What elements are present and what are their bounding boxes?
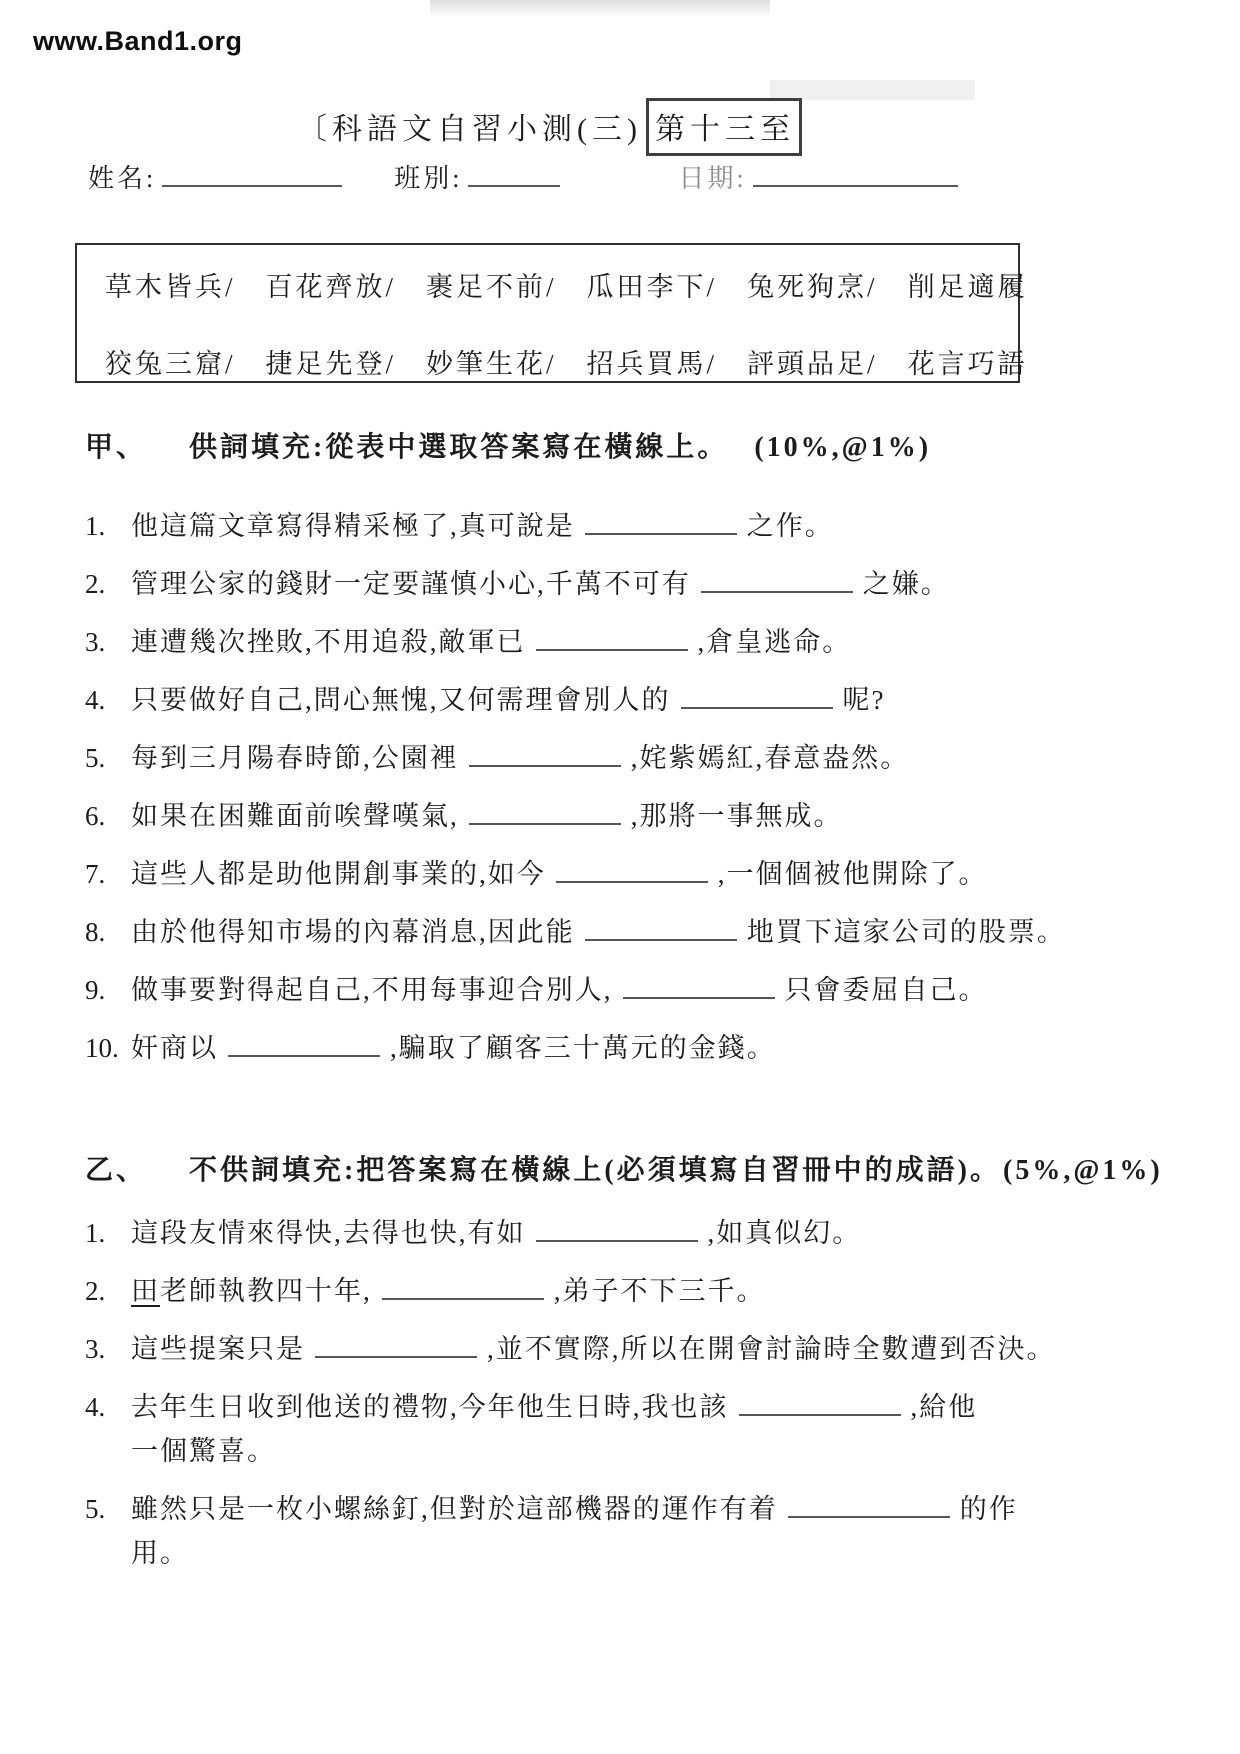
answer-blank <box>788 1495 950 1518</box>
idiom: 捷足先登/ <box>266 342 397 381</box>
section-b-marks: (5%,@1%) <box>1003 1155 1163 1186</box>
question-number: 2. <box>85 1274 131 1308</box>
section-b-heading: 乙、不供詞填充:把答案寫在橫線上(必須填寫自習冊中的成語)。(5%,@1%) <box>85 1148 1185 1188</box>
idiom: 削足適履 <box>908 265 1028 304</box>
answer-blank <box>681 686 833 709</box>
question-text: ,弟子不下三千。 <box>554 1276 766 1306</box>
question-text: ,如真似幻。 <box>708 1218 862 1248</box>
question-text: 這段友情來得快,去得也快,有如 <box>131 1218 526 1248</box>
answer-blank <box>623 976 775 999</box>
question-number: 8. <box>85 915 131 949</box>
question-number: 9. <box>85 973 131 1007</box>
question-text-line2: 一個驚喜。 <box>85 1434 1185 1468</box>
question-text-line2: 用。 <box>85 1536 1185 1570</box>
answer-blank <box>315 1335 477 1358</box>
question-text: ,那將一事無成。 <box>631 801 843 831</box>
question-number: 4. <box>85 683 131 717</box>
question-b5: 5.雖然只是一枚小螺絲釘,但對於這部機器的運作有着的作 用。 <box>85 1492 1185 1570</box>
question-text: 地買下這家公司的股票。 <box>747 917 1066 947</box>
question-a5: 5.每到三月陽春時節,公園裡,姹紫嫣紅,春意盎然。 <box>85 741 1170 775</box>
name-blank <box>162 162 342 187</box>
answer-blank <box>556 860 708 883</box>
question-number: 3. <box>85 625 131 659</box>
question-number: 7. <box>85 857 131 891</box>
word-bank-row-2: 狡兔三窟/ 捷足先登/ 妙筆生花/ 招兵買馬/ 評頭品足/ 花言巧語 <box>77 342 1018 381</box>
question-a6: 6.如果在困難面前唉聲嘆氣,,那將一事無成。 <box>85 799 1170 833</box>
answer-blank <box>701 570 853 593</box>
question-text: 之嫌。 <box>863 569 950 599</box>
idiom: 妙筆生花/ <box>426 342 557 381</box>
question-a2: 2.管理公家的錢財一定要謹慎小心,千萬不可有之嫌。 <box>85 567 1170 601</box>
section-b-label: 乙、 <box>85 1155 147 1186</box>
question-text: 之作。 <box>747 511 834 541</box>
question-number: 4. <box>85 1390 131 1424</box>
question-text: 只會委屈自己。 <box>785 975 988 1005</box>
date-label: 日期: <box>678 164 746 193</box>
idiom: 狡兔三窟/ <box>105 342 236 381</box>
question-text: 呢? <box>843 685 886 715</box>
date-blank <box>753 162 958 187</box>
answer-blank <box>228 1034 380 1057</box>
question-a4: 4.只要做好自己,問心無愧,又何需理會別人的呢? <box>85 683 1170 717</box>
question-text: 雖然只是一枚小螺絲釘,但對於這部機器的運作有着 <box>131 1494 778 1524</box>
question-number: 1. <box>85 509 131 543</box>
site-watermark: www.Band1.org <box>33 26 243 57</box>
idiom: 招兵買馬/ <box>587 342 718 381</box>
student-info-row: 姓名:班別:日期: <box>88 158 1168 195</box>
worksheet-page: www.Band1.org 〔科語文自習小測(三)第十三至 姓名:班別:日期: … <box>0 0 1240 1754</box>
question-text: 由於他得知市場的內幕消息,因此能 <box>131 917 575 947</box>
question-number: 3. <box>85 1332 131 1366</box>
question-a1: 1.他這篇文章寫得精采極了,真可說是之作。 <box>85 509 1170 543</box>
scan-artifact-top <box>430 0 770 16</box>
question-text: 去年生日收到他送的禮物,今年他生日時,我也該 <box>131 1392 729 1422</box>
question-text: 管理公家的錢財一定要謹慎小心,千萬不可有 <box>131 569 691 599</box>
idiom: 評頭品足/ <box>747 342 878 381</box>
idiom: 裹足不前/ <box>426 265 557 304</box>
section-b: 乙、不供詞填充:把答案寫在橫線上(必須填寫自習冊中的成語)。(5%,@1%) 1… <box>85 1148 1185 1594</box>
answer-blank <box>585 918 737 941</box>
question-a3: 3.連遭幾次挫敗,不用追殺,敵軍已,倉皇逃命。 <box>85 625 1170 659</box>
question-text: ,一個個被他開除了。 <box>718 859 988 889</box>
question-text: 這些人都是助他開創事業的,如今 <box>131 859 546 889</box>
answer-blank <box>469 744 621 767</box>
question-text: 的作 <box>960 1494 1018 1524</box>
question-b1: 1.這段友情來得快,去得也快,有如,如真似幻。 <box>85 1216 1185 1250</box>
answer-blank <box>585 512 737 535</box>
title-text: 〔科語文自習小測(三) <box>297 113 642 146</box>
question-number: 10. <box>85 1031 131 1065</box>
question-text: 這些提案只是 <box>131 1334 305 1364</box>
question-text: 連遭幾次挫敗,不用追殺,敵軍已 <box>131 627 526 657</box>
idiom: 百花齊放/ <box>266 265 397 304</box>
question-number: 2. <box>85 567 131 601</box>
question-text: 奸商以 <box>131 1033 218 1063</box>
question-text: ,騙取了顧客三十萬元的金錢。 <box>390 1033 776 1063</box>
idiom: 花言巧語 <box>908 342 1028 381</box>
section-a-heading: 甲、供詞填充:從表中選取答案寫在橫線上。(10%,@1%) <box>85 425 1170 465</box>
question-text: 每到三月陽春時節,公園裡 <box>131 743 459 773</box>
section-b-instruction: 不供詞填充:把答案寫在橫線上(必須填寫自習冊中的成語)。 <box>189 1155 1001 1186</box>
worksheet-title: 〔科語文自習小測(三)第十三至 <box>297 98 802 156</box>
section-a-instruction: 供詞填充:從表中選取答案寫在橫線上。 <box>189 432 728 463</box>
answer-blank <box>469 802 621 825</box>
question-number: 5. <box>85 741 131 775</box>
title-boxed-range: 第十三至 <box>646 98 802 156</box>
answer-blank <box>536 628 688 651</box>
question-number: 1. <box>85 1216 131 1250</box>
idiom-word-bank: 草木皆兵/ 百花齊放/ 裹足不前/ 瓜田李下/ 兔死狗烹/ 削足適履 狡兔三窟/… <box>75 243 1020 383</box>
question-text: ,並不實際,所以在開會討論時全數遭到否決。 <box>487 1334 1056 1364</box>
section-a-marks: (10%,@1%) <box>754 432 931 463</box>
name-label: 姓名: <box>88 164 156 193</box>
question-a10: 10.奸商以,騙取了顧客三十萬元的金錢。 <box>85 1031 1170 1065</box>
idiom: 兔死狗烹/ <box>747 265 878 304</box>
question-number: 5. <box>85 1492 131 1526</box>
question-a8: 8.由於他得知市場的內幕消息,因此能地買下這家公司的股票。 <box>85 915 1170 949</box>
question-b2: 2.田老師執教四十年,,弟子不下三千。 <box>85 1274 1185 1308</box>
question-b3: 3.這些提案只是,並不實際,所以在開會討論時全數遭到否決。 <box>85 1332 1185 1366</box>
answer-blank <box>536 1219 698 1242</box>
scan-artifact-title <box>770 80 975 100</box>
question-text: ,姹紫嫣紅,春意盎然。 <box>631 743 910 773</box>
question-a9: 9.做事要對得起自己,不用每事迎合別人,只會委屈自己。 <box>85 973 1170 1007</box>
question-text: 如果在困難面前唉聲嘆氣, <box>131 801 459 831</box>
question-text: 只要做好自己,問心無愧,又何需理會別人的 <box>131 685 671 715</box>
question-a7: 7.這些人都是助他開創事業的,如今,一個個被他開除了。 <box>85 857 1170 891</box>
question-text: 做事要對得起自己,不用每事迎合別人, <box>131 975 613 1005</box>
question-text: 老師執教四十年, <box>160 1276 372 1306</box>
question-text: ,倉皇逃命。 <box>698 627 852 657</box>
word-bank-row-1: 草木皆兵/ 百花齊放/ 裹足不前/ 瓜田李下/ 兔死狗烹/ 削足適履 <box>77 265 1018 304</box>
answer-blank <box>739 1393 901 1416</box>
proper-noun: 田 <box>131 1276 160 1306</box>
class-label: 班別: <box>394 164 462 193</box>
question-text: ,給他 <box>911 1392 978 1422</box>
section-a: 甲、供詞填充:從表中選取答案寫在橫線上。(10%,@1%) 1.他這篇文章寫得精… <box>85 425 1170 1089</box>
question-b4: 4.去年生日收到他送的禮物,今年他生日時,我也該,給他 一個驚喜。 <box>85 1390 1185 1468</box>
idiom: 瓜田李下/ <box>587 265 718 304</box>
question-text: 他這篇文章寫得精采極了,真可說是 <box>131 511 575 541</box>
answer-blank <box>382 1277 544 1300</box>
class-blank <box>468 162 560 187</box>
section-a-label: 甲、 <box>85 432 147 463</box>
idiom: 草木皆兵/ <box>105 265 236 304</box>
question-number: 6. <box>85 799 131 833</box>
